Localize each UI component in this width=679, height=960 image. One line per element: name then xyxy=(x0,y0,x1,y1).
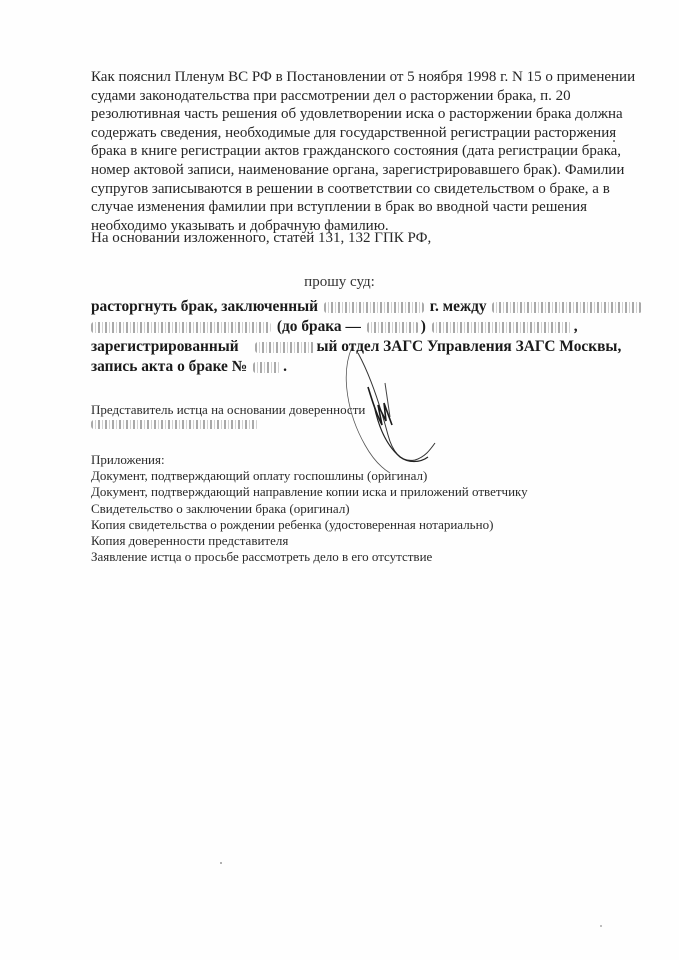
attachment-item: Документ, подтверждающий оплату госпошли… xyxy=(91,468,528,484)
legal-explanation-paragraph: Как пояснил Пленум ВС РФ в Постановлении… xyxy=(91,68,631,235)
attachment-item: Заявление истца о просьбе рассмотреть де… xyxy=(91,549,528,565)
request-line-4: запись акта о браке № . xyxy=(91,357,644,377)
request-text: , xyxy=(574,318,578,335)
paragraph-line: Как пояснил Пленум ВС РФ в Постановлении… xyxy=(91,68,631,87)
scan-speck xyxy=(613,140,615,142)
request-text: зарегистрированный xyxy=(91,338,239,355)
attachments-list: Приложения: Документ, подтверждающий опл… xyxy=(91,452,528,565)
redacted-maiden-name xyxy=(367,322,419,333)
request-block: расторгнуть брак, заключенный г. между (… xyxy=(91,297,644,377)
redacted-district xyxy=(255,342,315,353)
attachment-item: Копия доверенности представителя xyxy=(91,533,528,549)
paragraph-line: супругов записываются в решении в соотве… xyxy=(91,180,631,199)
attachment-item: Копия свидетельства о рождении ребенка (… xyxy=(91,517,528,533)
request-text: ый отдел ЗАГС Управления ЗАГС Москвы, xyxy=(317,338,622,355)
representative-label: Представитель истца на основании доверен… xyxy=(91,402,365,417)
paragraph-line: случае изменения фамилии при вступлении … xyxy=(91,198,631,217)
request-text: расторгнуть брак, заключенный xyxy=(91,298,318,315)
paragraph-line: брака в книге регистрации актов гражданс… xyxy=(91,142,631,161)
document-page: Как пояснил Пленум ВС РФ в Постановлении… xyxy=(0,0,679,960)
attachment-item: Документ, подтверждающий направление коп… xyxy=(91,484,528,500)
scan-speck xyxy=(220,862,222,864)
request-text: (до брака — xyxy=(277,318,361,335)
request-text: г. между xyxy=(430,298,487,315)
request-heading: прошу суд: xyxy=(0,274,679,291)
redacted-name xyxy=(91,322,271,333)
redacted-record-number xyxy=(253,362,281,373)
representative-block: Представитель истца на основании доверен… xyxy=(91,402,365,429)
paragraph-line: резолютивная часть решения об удовлетвор… xyxy=(91,105,631,124)
request-line-1: расторгнуть брак, заключенный г. между xyxy=(91,297,644,317)
redacted-name xyxy=(492,302,642,313)
request-text: запись акта о браке № xyxy=(91,358,247,375)
paragraph-line: судами законодательства при рассмотрении… xyxy=(91,87,631,106)
request-line-2: (до брака — ) , xyxy=(91,317,644,337)
redacted-representative-name xyxy=(91,420,259,429)
paragraph-line: содержать сведения, необходимые для госу… xyxy=(91,124,631,143)
attachment-item: Свидетельство о заключении брака (оригин… xyxy=(91,501,528,517)
legal-basis-line: На основании изложенного, статей 131, 13… xyxy=(91,230,431,247)
request-text: ) xyxy=(421,318,426,335)
scan-speck xyxy=(600,925,602,927)
paragraph-line: номер актовой записи, наименование орган… xyxy=(91,161,631,180)
attachments-heading: Приложения: xyxy=(91,452,528,468)
request-line-3: зарегистрированный ый отдел ЗАГС Управле… xyxy=(91,337,644,357)
redacted-date xyxy=(324,302,424,313)
redacted-name xyxy=(432,322,572,333)
request-text: . xyxy=(283,358,287,375)
